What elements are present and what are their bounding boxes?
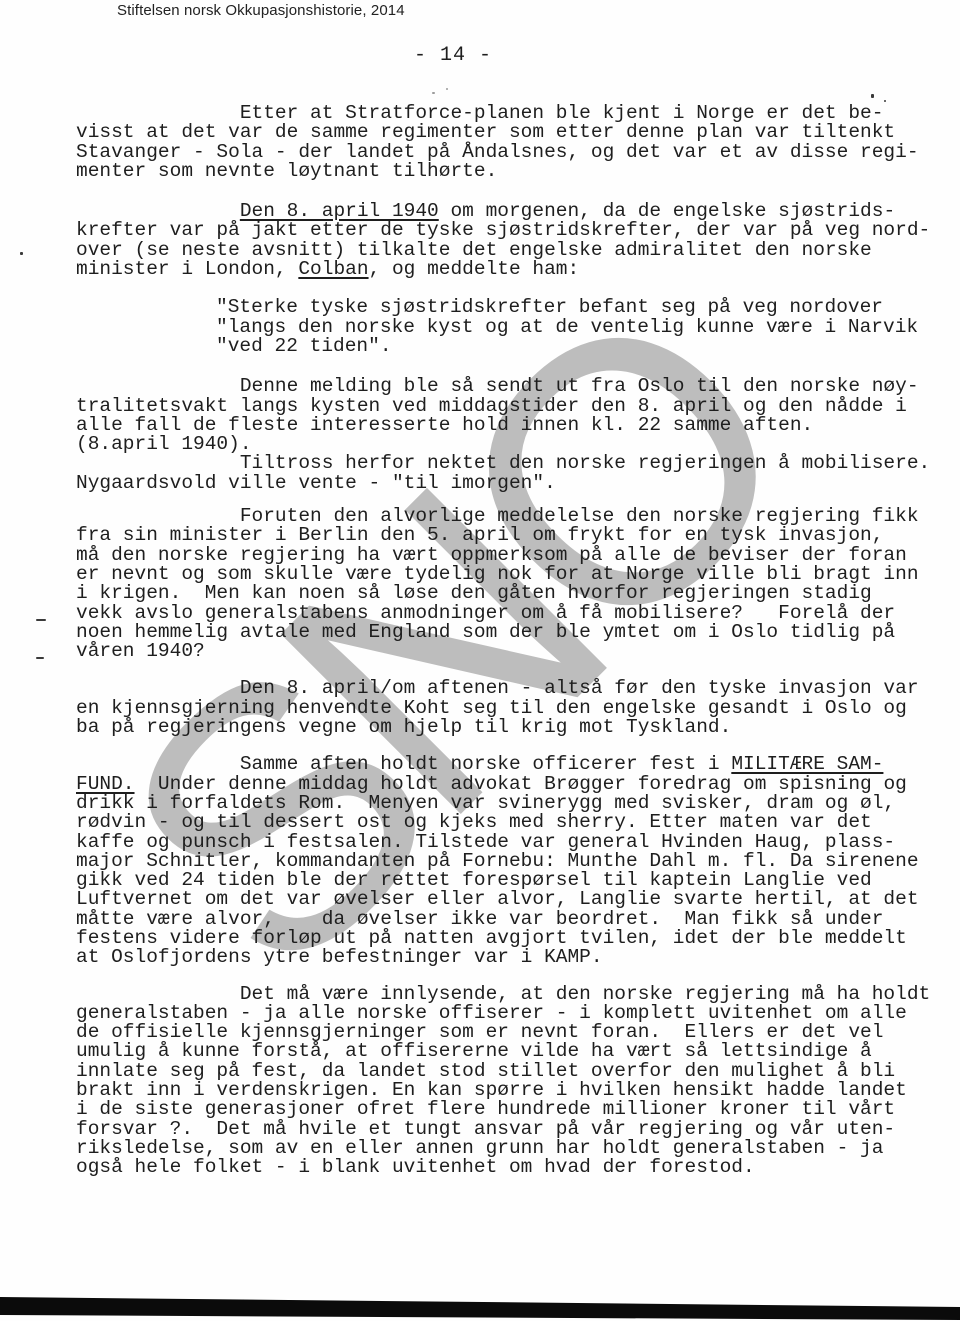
paragraph-melding-oslo: Denne melding ble så sendt ut fra Oslo t…: [76, 377, 946, 493]
paragraph-8-april: Den 8. april 1940 om morgenen, da de eng…: [76, 202, 946, 279]
paragraph-innlysende: Det må være innlysende, at den norske re…: [76, 985, 946, 1178]
text-line: menter som nevnte løytnant tilhørte.: [76, 162, 946, 181]
scanned-document-page: Stiftelsen norsk Okkupasjonshistorie, 20…: [0, 0, 960, 1321]
paragraph-admiralty-quote: "Sterke tyske sjøstridskrefter befant se…: [216, 298, 946, 356]
text-line: minister i London, Colban, og meddelte h…: [76, 260, 946, 279]
text-line: våren 1940?: [76, 642, 946, 661]
text-segment: ba på regjeringens vegne om hjelp til kr…: [76, 716, 731, 738]
paragraph-foruten-meddelelse: Foruten den alvorlige meddelelse den nor…: [76, 507, 946, 661]
scan-speck: [20, 252, 23, 255]
paragraphs: Etter at Stratforce-planen ble kjent i N…: [76, 104, 946, 1178]
scan-speck: [884, 100, 886, 102]
paragraph-militaere-samfund: Samme aften holdt norske officerer fest …: [76, 755, 946, 967]
paragraph-stratforce: Etter at Stratforce-planen ble kjent i N…: [76, 104, 946, 181]
text-segment: Nygaardsvold ville vente - "til imorgen"…: [76, 472, 556, 494]
archive-attribution-header: Stiftelsen norsk Okkupasjonshistorie, 20…: [117, 2, 405, 19]
underlined-text: Colban: [298, 258, 368, 280]
text-segment: minister i London,: [76, 258, 298, 280]
text-line: Nygaardsvold ville vente - "til imorgen"…: [76, 474, 946, 493]
text-segment: også hele folket - i blank uvitenhet om …: [76, 1156, 755, 1178]
text-line: også hele folket - i blank uvitenhet om …: [76, 1158, 946, 1177]
scan-edge-bar: [0, 1295, 960, 1321]
scan-speck: [446, 88, 448, 90]
document-body: Etter at Stratforce-planen ble kjent i N…: [76, 104, 946, 1178]
text-line: at Oslofjordens ytre befestninger var i …: [76, 948, 946, 967]
paragraph-koht: Den 8. april/om aftenen - altså før den …: [76, 679, 946, 737]
page-number: - 14 -: [414, 44, 492, 67]
text-segment: , og meddelte ham:: [369, 258, 580, 280]
text-segment: menter som nevnte løytnant tilhørte.: [76, 160, 497, 182]
text-segment: våren 1940?: [76, 640, 205, 662]
scan-speck: [871, 94, 874, 98]
text-line: ba på regjeringens vegne om hjelp til kr…: [76, 718, 946, 737]
scan-speck: [36, 619, 46, 621]
scan-speck: [432, 92, 435, 94]
text-segment: "ved 22 tiden".: [216, 335, 392, 357]
text-line: noen hemmelig avtale med England som der…: [76, 623, 946, 642]
scan-speck: [36, 657, 44, 659]
text-line: "ved 22 tiden".: [216, 337, 946, 356]
text-segment: at Oslofjordens ytre befestninger var i …: [76, 946, 603, 968]
